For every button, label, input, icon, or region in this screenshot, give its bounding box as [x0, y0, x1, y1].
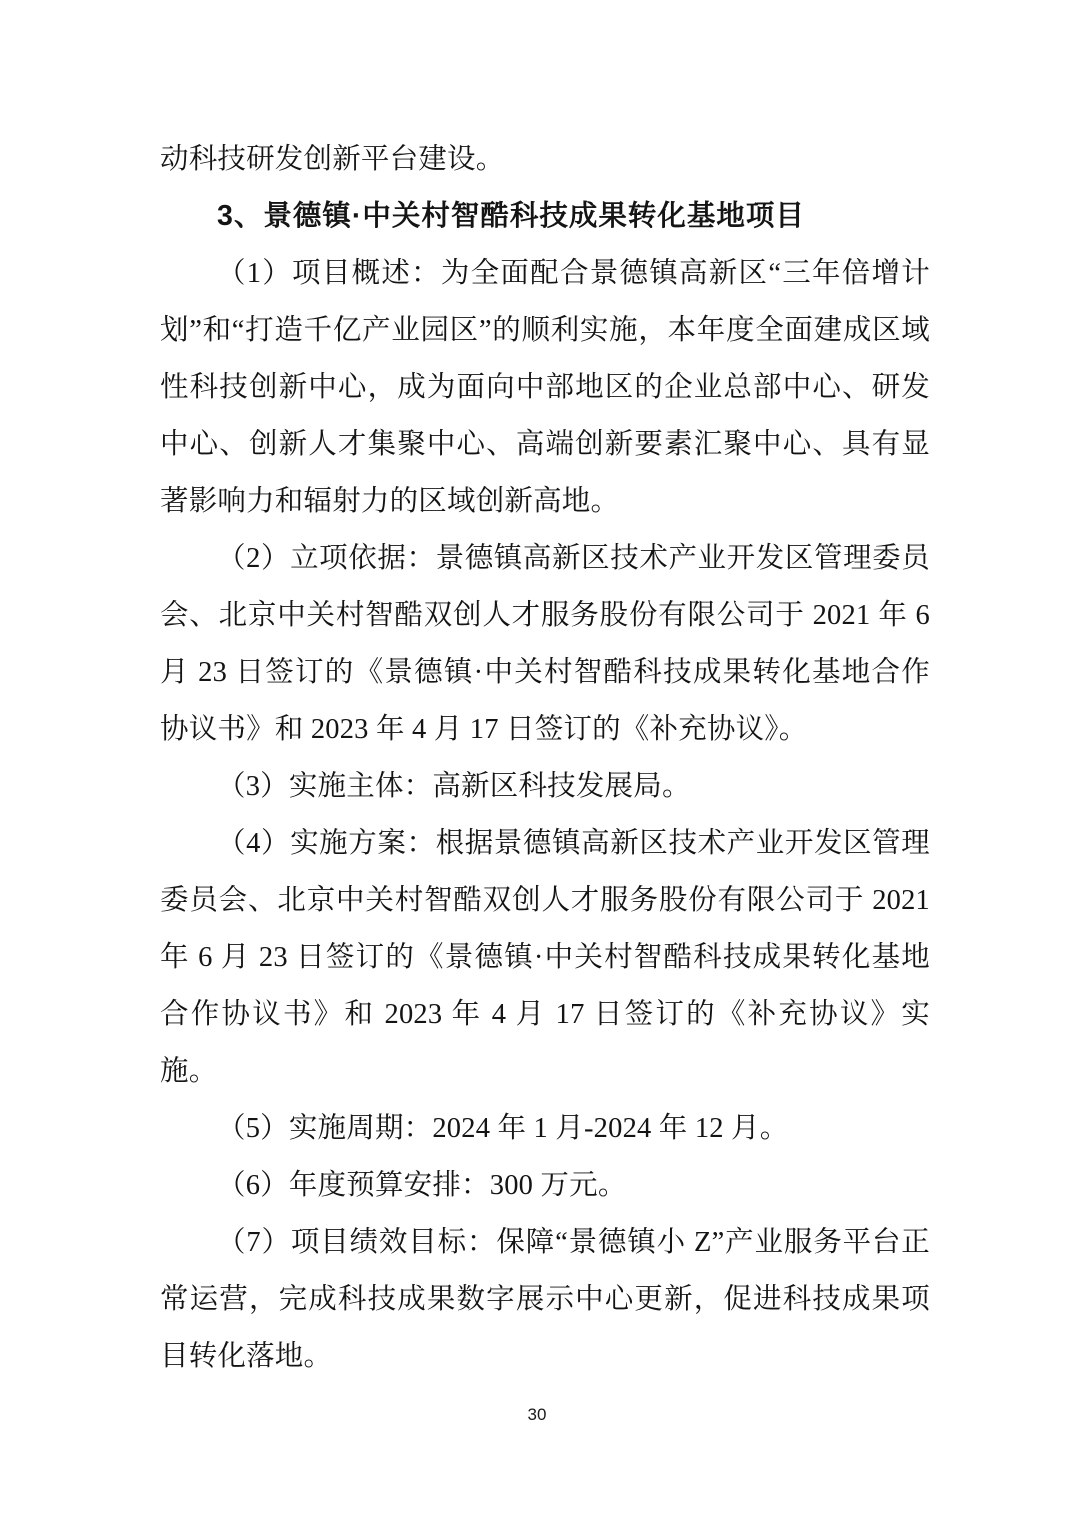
document-content: 动科技研发创新平台建设。 3、景德镇·中关村智酷科技成果转化基地项目 （1）项目…	[160, 131, 930, 1385]
paragraph: （1）项目概述：为全面配合景德镇高新区“三年倍增计划”和“打造千亿产业园区”的顺…	[160, 245, 930, 530]
page-number: 30	[0, 1403, 1074, 1427]
paragraph-continuation: 动科技研发创新平台建设。	[160, 131, 930, 188]
document-page: 动科技研发创新平台建设。 3、景德镇·中关村智酷科技成果转化基地项目 （1）项目…	[0, 0, 1074, 1520]
section-heading: 3、景德镇·中关村智酷科技成果转化基地项目	[160, 188, 930, 245]
paragraph: （4）实施方案：根据景德镇高新区技术产业开发区管理委员会、北京中关村智酷双创人才…	[160, 815, 930, 1100]
paragraph: （5）实施周期：2024 年 1 月-2024 年 12 月。	[160, 1100, 930, 1157]
paragraph: （2）立项依据：景德镇高新区技术产业开发区管理委员会、北京中关村智酷双创人才服务…	[160, 530, 930, 758]
paragraph: （7）项目绩效目标：保障“景德镇小 Z”产业服务平台正常运营，完成科技成果数字展…	[160, 1214, 930, 1385]
paragraph: （6）年度预算安排：300 万元。	[160, 1157, 930, 1214]
paragraph: （3）实施主体：高新区科技发展局。	[160, 758, 930, 815]
paragraph-list: （1）项目概述：为全面配合景德镇高新区“三年倍增计划”和“打造千亿产业园区”的顺…	[160, 245, 930, 1385]
